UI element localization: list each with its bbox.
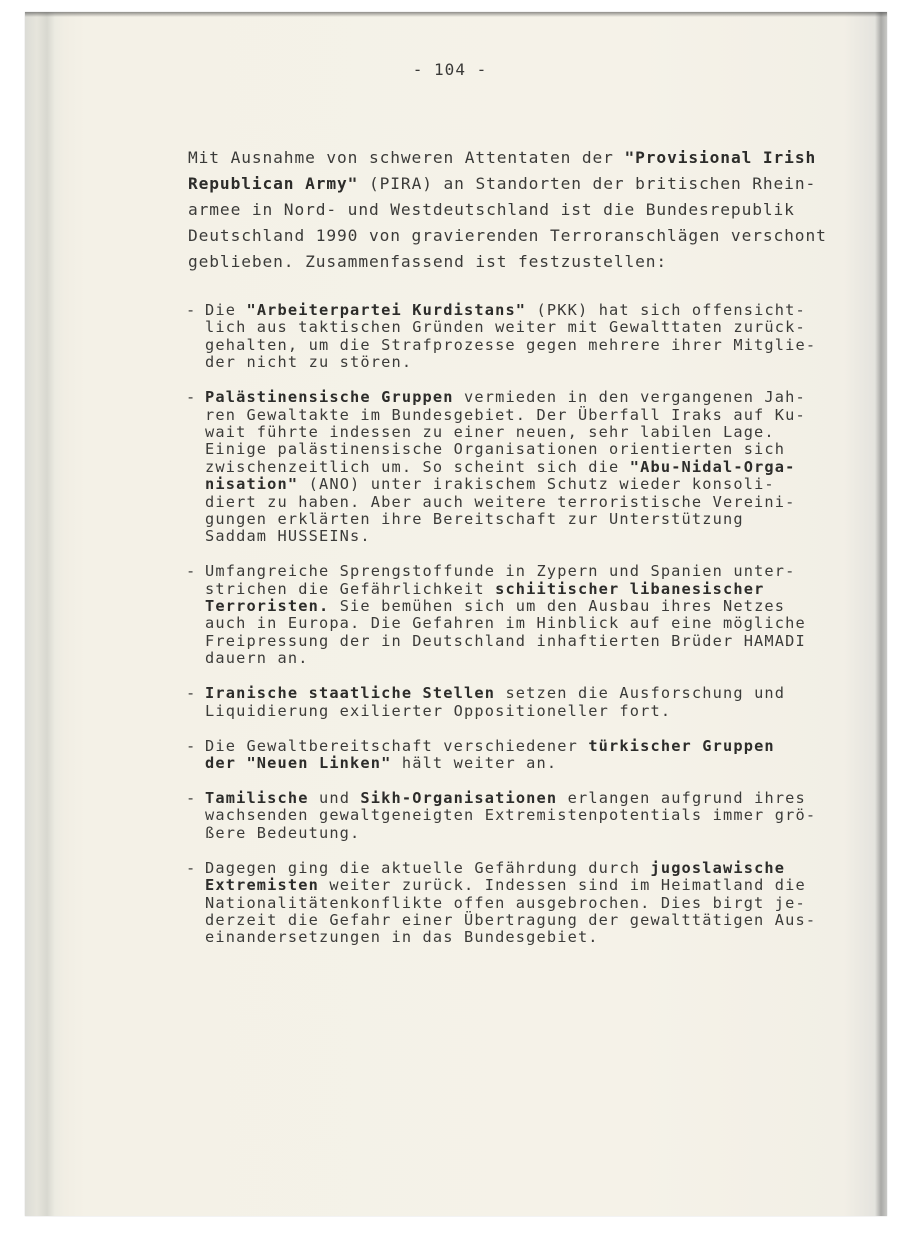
text-run: armee in Nord- und Westdeutschland ist d… (188, 200, 795, 219)
bullet-dash: - (186, 685, 205, 702)
text-line: Extremisten weiter zurück. Indessen sind… (186, 877, 816, 894)
text-line: einandersetzungen in das Bundesgebiet. (186, 929, 816, 946)
text-line: ßere Bedeutung. (186, 825, 816, 842)
text-line: wait führte indessen zu einer neuen, seh… (186, 424, 816, 441)
text-line: Freipressung der in Deutschland inhaftie… (186, 633, 816, 650)
text-line: gehalten, um die Strafprozesse gegen meh… (186, 337, 816, 354)
emphasized-text: "Provisional Irish (624, 148, 816, 167)
text-run: Die (205, 301, 246, 319)
text-line: Deutschland 1990 von gravierenden Terror… (188, 223, 827, 249)
text-run: lich aus taktischen Gründen weiter mit G… (205, 318, 806, 336)
text-line: der nicht zu stören. (186, 354, 816, 371)
bullet-item-tamil-sikh: -Tamilische und Sikh-Organisationen erla… (186, 790, 816, 842)
text-line: Saddam HUSSEINs. (186, 528, 816, 545)
text-run: ßere Bedeutung. (205, 824, 360, 842)
bullet-dash: - (186, 302, 205, 319)
text-run: diert zu haben. Aber auch weitere terror… (205, 493, 796, 511)
text-line: auch in Europa. Die Gefahren im Hinblick… (186, 615, 816, 632)
text-run: Dagegen ging die aktuelle Gefährdung dur… (205, 859, 650, 877)
text-line: -Dagegen ging die aktuelle Gefährdung du… (186, 860, 816, 877)
text-run: und (309, 789, 361, 807)
text-line: ren Gewaltakte im Bundesgebiet. Der Über… (186, 407, 816, 424)
bullet-list: -Die "Arbeiterpartei Kurdistans" (PKK) h… (186, 302, 816, 964)
text-run: gungen erklärten ihre Bereitschaft zur U… (205, 510, 744, 528)
text-run: wachsenden gewaltgeneigten Extremistenpo… (205, 806, 816, 824)
bullet-item-lebanese-shiite-terrorists: -Umfangreiche Sprengstoffunde in Zypern … (186, 563, 816, 667)
text-line: dauern an. (186, 650, 816, 667)
text-line: Terroristen. Sie bemühen sich um den Aus… (186, 598, 816, 615)
bullet-item-palestinian-groups: -Palästinensische Gruppen vermieden in d… (186, 389, 816, 546)
text-run: dauern an. (205, 649, 309, 667)
bullet-dash: - (186, 563, 205, 580)
text-run: erlangen aufgrund ihres (557, 789, 806, 807)
text-run: Nationalitätenkonflikte offen ausgebroch… (205, 894, 806, 912)
emphasized-text: Iranische staatliche Stellen (205, 684, 495, 702)
text-line: -Umfangreiche Sprengstoffunde in Zypern … (186, 563, 816, 580)
text-run: vermieden in den vergangenen Jah- (454, 388, 806, 406)
bullet-dash: - (186, 738, 205, 755)
bullet-item-yugoslav-extremists: -Dagegen ging die aktuelle Gefährdung du… (186, 860, 816, 947)
text-line: Republican Army" (PIRA) an Standorten de… (188, 171, 827, 197)
emphasized-text: Terroristen. (205, 597, 329, 615)
emphasized-text: nisation" (205, 475, 298, 493)
emphasized-text: Republican Army" (188, 174, 358, 193)
text-line: lich aus taktischen Gründen weiter mit G… (186, 319, 816, 336)
emphasized-text: Extremisten (205, 876, 319, 894)
text-line: Einige palästinensische Organisationen o… (186, 441, 816, 458)
emphasized-text: Sikh-Organisationen (360, 789, 557, 807)
text-run: Einige palästinensische Organisationen o… (205, 440, 785, 458)
text-line: geblieben. Zusammenfassend ist festzuste… (188, 249, 827, 275)
text-line: Mit Ausnahme von schweren Attentaten der… (188, 145, 827, 171)
emphasized-text: schiitischer libanesischer (495, 580, 764, 598)
text-line: Nationalitätenkonflikte offen ausgebroch… (186, 895, 816, 912)
text-run: wait führte indessen zu einer neuen, seh… (205, 423, 775, 441)
text-line: -Die "Arbeiterpartei Kurdistans" (PKK) h… (186, 302, 816, 319)
page-number: - 104 - (0, 60, 900, 79)
text-line: -Tamilische und Sikh-Organisationen erla… (186, 790, 816, 807)
bullet-dash: - (186, 389, 205, 406)
text-line: gungen erklärten ihre Bereitschaft zur U… (186, 511, 816, 528)
emphasized-text: der "Neuen Linken" (205, 754, 391, 772)
text-run: Die Gewaltbereitschaft verschiedener (205, 737, 588, 755)
text-line: -Palästinensische Gruppen vermieden in d… (186, 389, 816, 406)
bullet-item-turkish-groups: -Die Gewaltbereitschaft verschiedener tü… (186, 738, 816, 773)
text-run: Freipressung der in Deutschland inhaftie… (205, 632, 806, 650)
text-run: (PIRA) an Standorten der britischen Rhei… (358, 174, 816, 193)
text-run: hält weiter an. (391, 754, 557, 772)
text-run: Saddam HUSSEINs. (205, 527, 371, 545)
bullet-item-iranian-state: -Iranische staatliche Stellen setzen die… (186, 685, 816, 720)
text-run: ren Gewaltakte im Bundesgebiet. Der Über… (205, 406, 806, 424)
bullet-dash: - (186, 860, 205, 877)
text-run: Umfangreiche Sprengstoffunde in Zypern u… (205, 562, 796, 580)
text-line: diert zu haben. Aber auch weitere terror… (186, 494, 816, 511)
text-line: wachsenden gewaltgeneigten Extremistenpo… (186, 807, 816, 824)
bullet-item-pkk: -Die "Arbeiterpartei Kurdistans" (PKK) h… (186, 302, 816, 372)
text-run: auch in Europa. Die Gefahren im Hinblick… (205, 614, 806, 632)
text-run: (PKK) hat sich offensicht- (526, 301, 806, 319)
emphasized-text: "Arbeiterpartei Kurdistans" (246, 301, 526, 319)
text-run: (ANO) unter irakischem Schutz wieder kon… (298, 475, 775, 493)
text-run: strichen die Gefährlichkeit (205, 580, 495, 598)
text-run: Sie bemühen sich um den Ausbau ihres Net… (329, 597, 785, 615)
text-run: Mit Ausnahme von schweren Attentaten der (188, 148, 624, 167)
text-run: setzen die Ausforschung und (495, 684, 785, 702)
text-run: derzeit die Gefahr einer Übertragung der… (205, 911, 816, 929)
text-run: zwischenzeitlich um. So scheint sich die (205, 458, 630, 476)
text-line: zwischenzeitlich um. So scheint sich die… (186, 459, 816, 476)
emphasized-text: Palästinensische Gruppen (205, 388, 454, 406)
text-run: einandersetzungen in das Bundesgebiet. (205, 928, 599, 946)
text-line: Liquidierung exilierter Oppositioneller … (186, 703, 816, 720)
text-line: -Iranische staatliche Stellen setzen die… (186, 685, 816, 702)
text-run: Deutschland 1990 von gravierenden Terror… (188, 226, 827, 245)
text-run: weiter zurück. Indessen sind im Heimatla… (319, 876, 806, 894)
text-line: der "Neuen Linken" hält weiter an. (186, 755, 816, 772)
text-line: armee in Nord- und Westdeutschland ist d… (188, 197, 827, 223)
text-run: geblieben. Zusammenfassend ist festzuste… (188, 252, 667, 271)
text-line: -Die Gewaltbereitschaft verschiedener tü… (186, 738, 816, 755)
text-run: Liquidierung exilierter Oppositioneller … (205, 702, 671, 720)
text-line: derzeit die Gefahr einer Übertragung der… (186, 912, 816, 929)
emphasized-text: Tamilische (205, 789, 309, 807)
emphasized-text: türkischer Gruppen (588, 737, 774, 755)
bullet-dash: - (186, 790, 205, 807)
text-run: der nicht zu stören. (205, 353, 412, 371)
text-line: nisation" (ANO) unter irakischem Schutz … (186, 476, 816, 493)
text-run: gehalten, um die Strafprozesse gegen meh… (205, 336, 816, 354)
emphasized-text: jugoslawische (650, 859, 785, 877)
intro-paragraph: Mit Ausnahme von schweren Attentaten der… (188, 145, 827, 275)
text-line: strichen die Gefährlichkeit schiitischer… (186, 581, 816, 598)
emphasized-text: "Abu-Nidal-Orga- (630, 458, 796, 476)
